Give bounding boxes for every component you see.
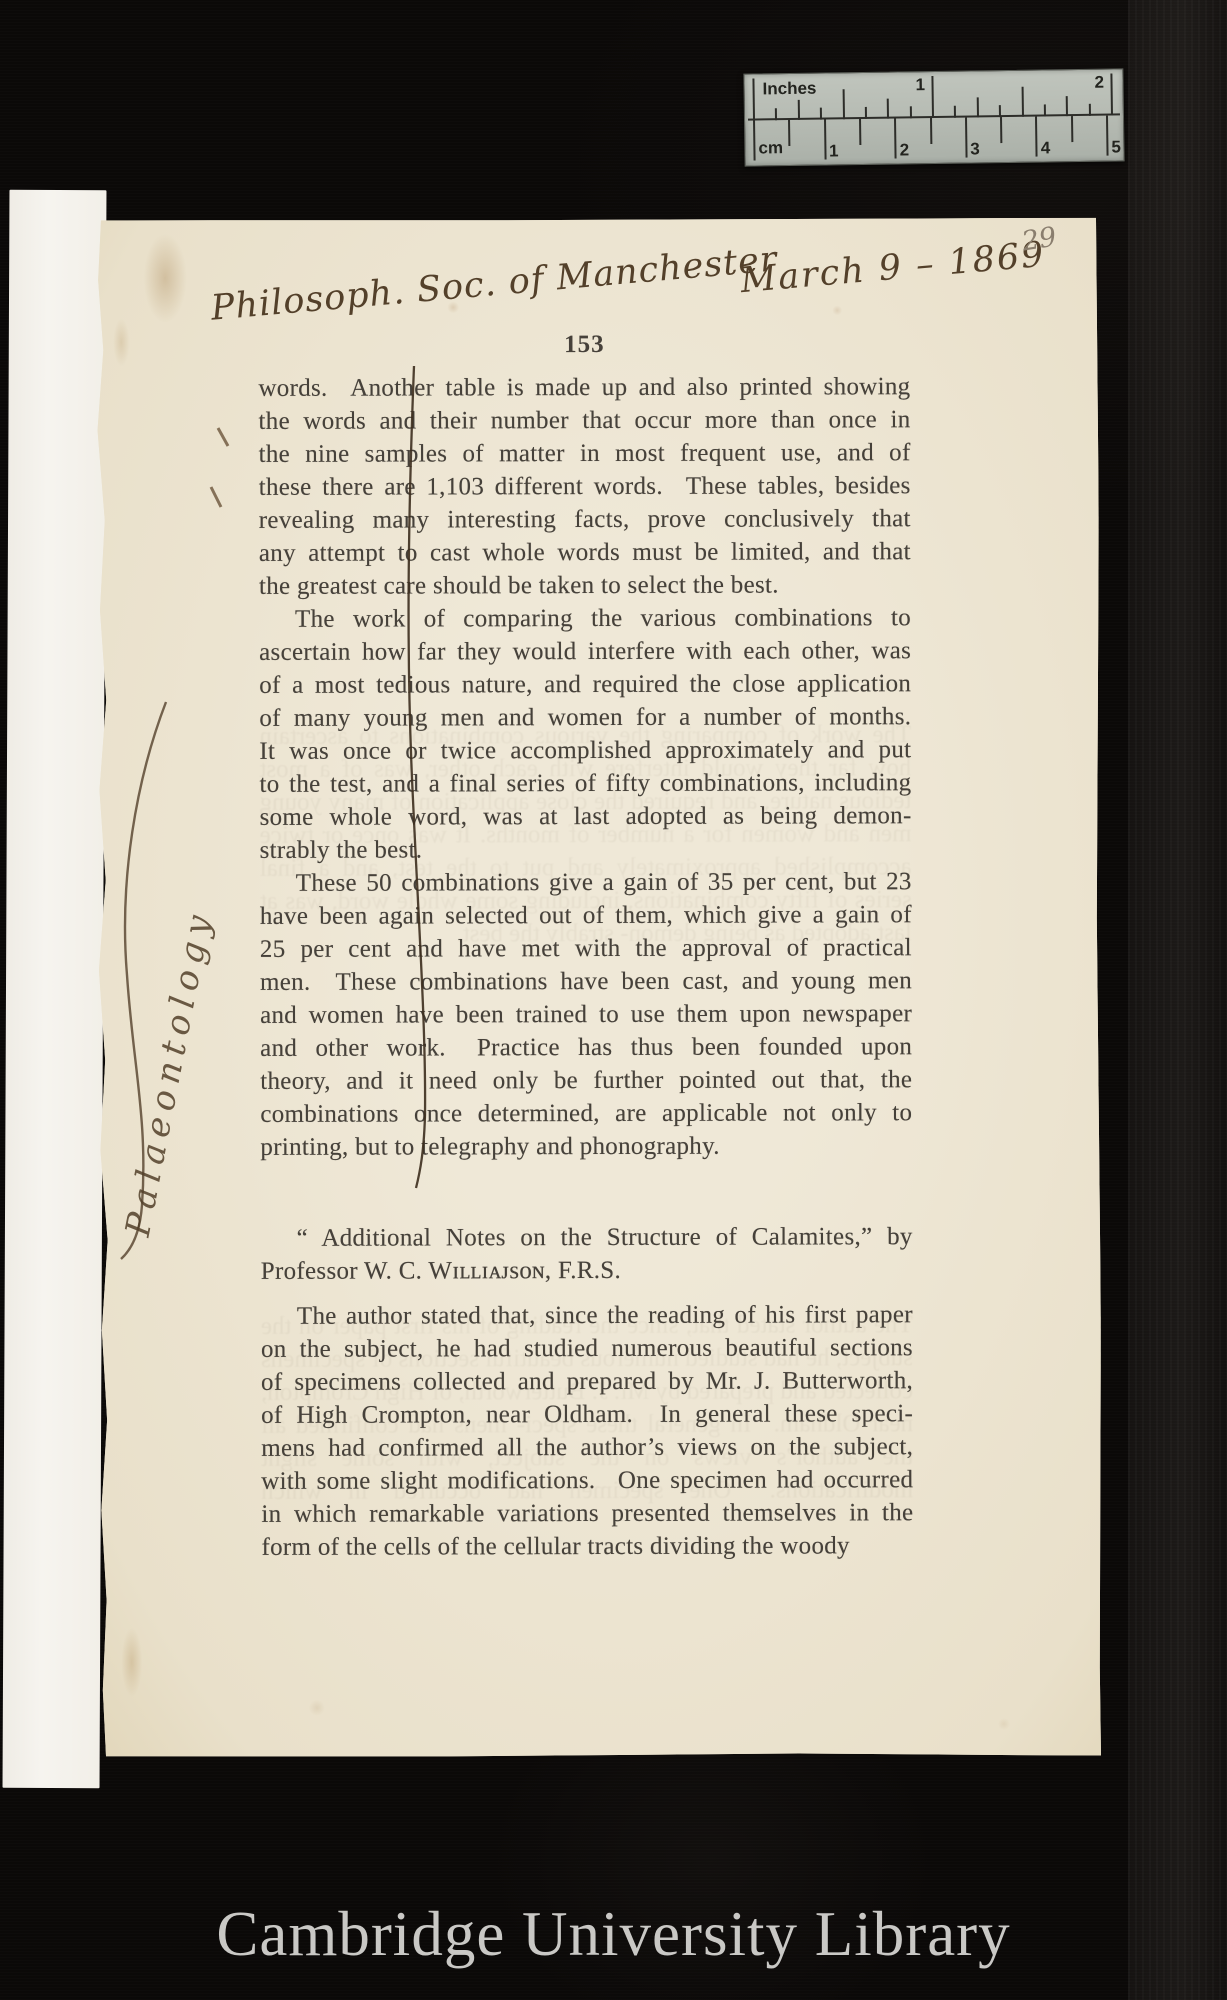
ruler-tick bbox=[965, 118, 968, 158]
ruler-tick bbox=[824, 120, 827, 160]
paragraph-author-stated: The author stated that, since the readin… bbox=[261, 1298, 914, 1564]
ruler-tick bbox=[797, 100, 799, 120]
ruler-number: 1 bbox=[829, 142, 839, 159]
ruler-tick bbox=[1088, 104, 1090, 116]
pencil-corner-number: 29 bbox=[1020, 222, 1059, 258]
text-line: theory, and it need only be further poin… bbox=[260, 1063, 912, 1098]
text-line: strably the best. bbox=[260, 832, 912, 867]
text-line: have been again selected out of them, wh… bbox=[260, 898, 912, 933]
text-line: mens had confirmed all the author’s view… bbox=[261, 1430, 913, 1465]
text-line: words. Another table is made up and also… bbox=[258, 370, 910, 405]
ruler-number: 1 bbox=[915, 76, 925, 93]
text-line: These 50 combinations give a gain of 35 … bbox=[260, 865, 912, 900]
text-line: some whole word, was at last adopted as … bbox=[260, 799, 912, 834]
cm-label: cm bbox=[758, 138, 783, 158]
text-line: in which remarkable variations presented… bbox=[261, 1496, 913, 1531]
ruler-tick bbox=[775, 108, 777, 120]
ruler-tick bbox=[909, 106, 911, 118]
ruler-number: 4 bbox=[1041, 139, 1051, 156]
paragraph-fifty-combinations: These 50 combinations give a gain of 35 … bbox=[260, 865, 913, 1164]
text-line: to the test, and a final series of fifty… bbox=[259, 766, 911, 801]
scale-bar-numbers: 1212345 bbox=[744, 69, 1122, 74]
ruler-tick bbox=[842, 89, 844, 119]
ruler-tick bbox=[1000, 117, 1002, 143]
ruler-tick bbox=[1071, 116, 1073, 142]
text-line: printing, but to telegraphy and phonogra… bbox=[260, 1129, 912, 1164]
text-line: ascertain how far they would interfere w… bbox=[259, 634, 911, 669]
ruler-tick bbox=[1021, 87, 1023, 117]
text-line: combinations once determined, are applic… bbox=[260, 1096, 912, 1131]
ruler-tick bbox=[1044, 104, 1046, 116]
document-page: The work of comparing the various combin… bbox=[95, 218, 1102, 1759]
text-line: these there are 1,103 different words. T… bbox=[259, 469, 911, 504]
ruler-tick bbox=[788, 120, 790, 146]
inches-label: Inches bbox=[762, 79, 816, 100]
text-line: of specimens collected and prepared by M… bbox=[261, 1364, 913, 1399]
ruler-tick bbox=[1035, 117, 1038, 157]
ruler-tick bbox=[820, 108, 822, 120]
text-line: with some slight modifications. One spec… bbox=[261, 1463, 913, 1498]
velvet-fold-highlight bbox=[1128, 0, 1227, 2000]
text-line: The author stated that, since the readin… bbox=[261, 1298, 913, 1333]
ruler-tick bbox=[931, 76, 934, 118]
ruler-tick bbox=[954, 106, 956, 118]
text-line: and other work. Practice has thus been f… bbox=[260, 1030, 912, 1065]
text-line: “ Additional Notes on the Structure of C… bbox=[261, 1220, 913, 1255]
text-line: the greatest care should be taken to sel… bbox=[259, 568, 911, 603]
text-line: of a most tedious nature, and required t… bbox=[259, 667, 911, 702]
text-line: It was once or twice accomplished approx… bbox=[259, 733, 911, 768]
ruler-number: 2 bbox=[1094, 74, 1104, 91]
ruler-tick bbox=[865, 107, 867, 119]
ruler-tick bbox=[887, 99, 889, 119]
ruler-tick bbox=[894, 119, 897, 159]
ruler-tick bbox=[1066, 96, 1068, 116]
ruler-tick bbox=[999, 105, 1001, 117]
ruler-tick bbox=[1110, 74, 1113, 116]
text-line: Professor W. C. Wɪʟʟɪᴀᴊsᴏɴ, F.R.S. bbox=[261, 1253, 913, 1288]
text-line: on the subject, he had studied numerous … bbox=[261, 1331, 913, 1366]
backing-sheet-edge bbox=[3, 190, 107, 1788]
ruler-tick bbox=[1106, 116, 1109, 156]
ruler-number: 2 bbox=[900, 141, 910, 158]
text-line: of High Crompton, near Oldham. In genera… bbox=[261, 1397, 913, 1432]
heading-calamites-paper: “ Additional Notes on the Structure of C… bbox=[261, 1220, 913, 1288]
scale-bar-ticks bbox=[744, 69, 1122, 74]
measurement-scale-bar: Inches cm 1212345 bbox=[743, 68, 1124, 166]
ruler-tick bbox=[976, 97, 978, 117]
ruler-number: 5 bbox=[1111, 138, 1121, 155]
page-number: 153 bbox=[258, 330, 910, 360]
printed-text-block: 153 words. Another table is made up and … bbox=[258, 330, 913, 1564]
text-line: and women have been trained to use them … bbox=[260, 997, 912, 1032]
ruler-tick bbox=[930, 118, 932, 144]
library-watermark: Cambridge University Library bbox=[0, 1898, 1227, 1971]
text-line: any attempt to cast whole words must be … bbox=[259, 535, 911, 570]
text-line: revealing many interesting facts, prove … bbox=[259, 502, 911, 537]
photograph-black-velvet-background: The work of comparing the various combin… bbox=[0, 0, 1227, 2000]
ruler-number: 3 bbox=[970, 140, 980, 157]
paragraphs: words. Another table is made up and also… bbox=[258, 370, 913, 1564]
text-line: the nine samples of matter in most frequ… bbox=[259, 436, 911, 471]
text-line: 25 per cent and have met with the approv… bbox=[260, 931, 912, 966]
text-line: form of the cells of the cellular tracts… bbox=[261, 1529, 913, 1564]
paragraph-comparing-combinations: The work of comparing the various combin… bbox=[259, 601, 912, 867]
ruler-tick bbox=[752, 79, 755, 121]
paragraph-word-tables: words. Another table is made up and also… bbox=[258, 370, 911, 603]
ruler-tick bbox=[859, 119, 861, 145]
text-line: men. These combinations have been cast, … bbox=[260, 964, 912, 999]
ruler-tick bbox=[753, 120, 756, 160]
text-line: of many young men and women for a number… bbox=[259, 700, 911, 735]
text-line: The work of comparing the various combin… bbox=[259, 601, 911, 636]
text-line: the words and their number that occur mo… bbox=[258, 403, 910, 438]
